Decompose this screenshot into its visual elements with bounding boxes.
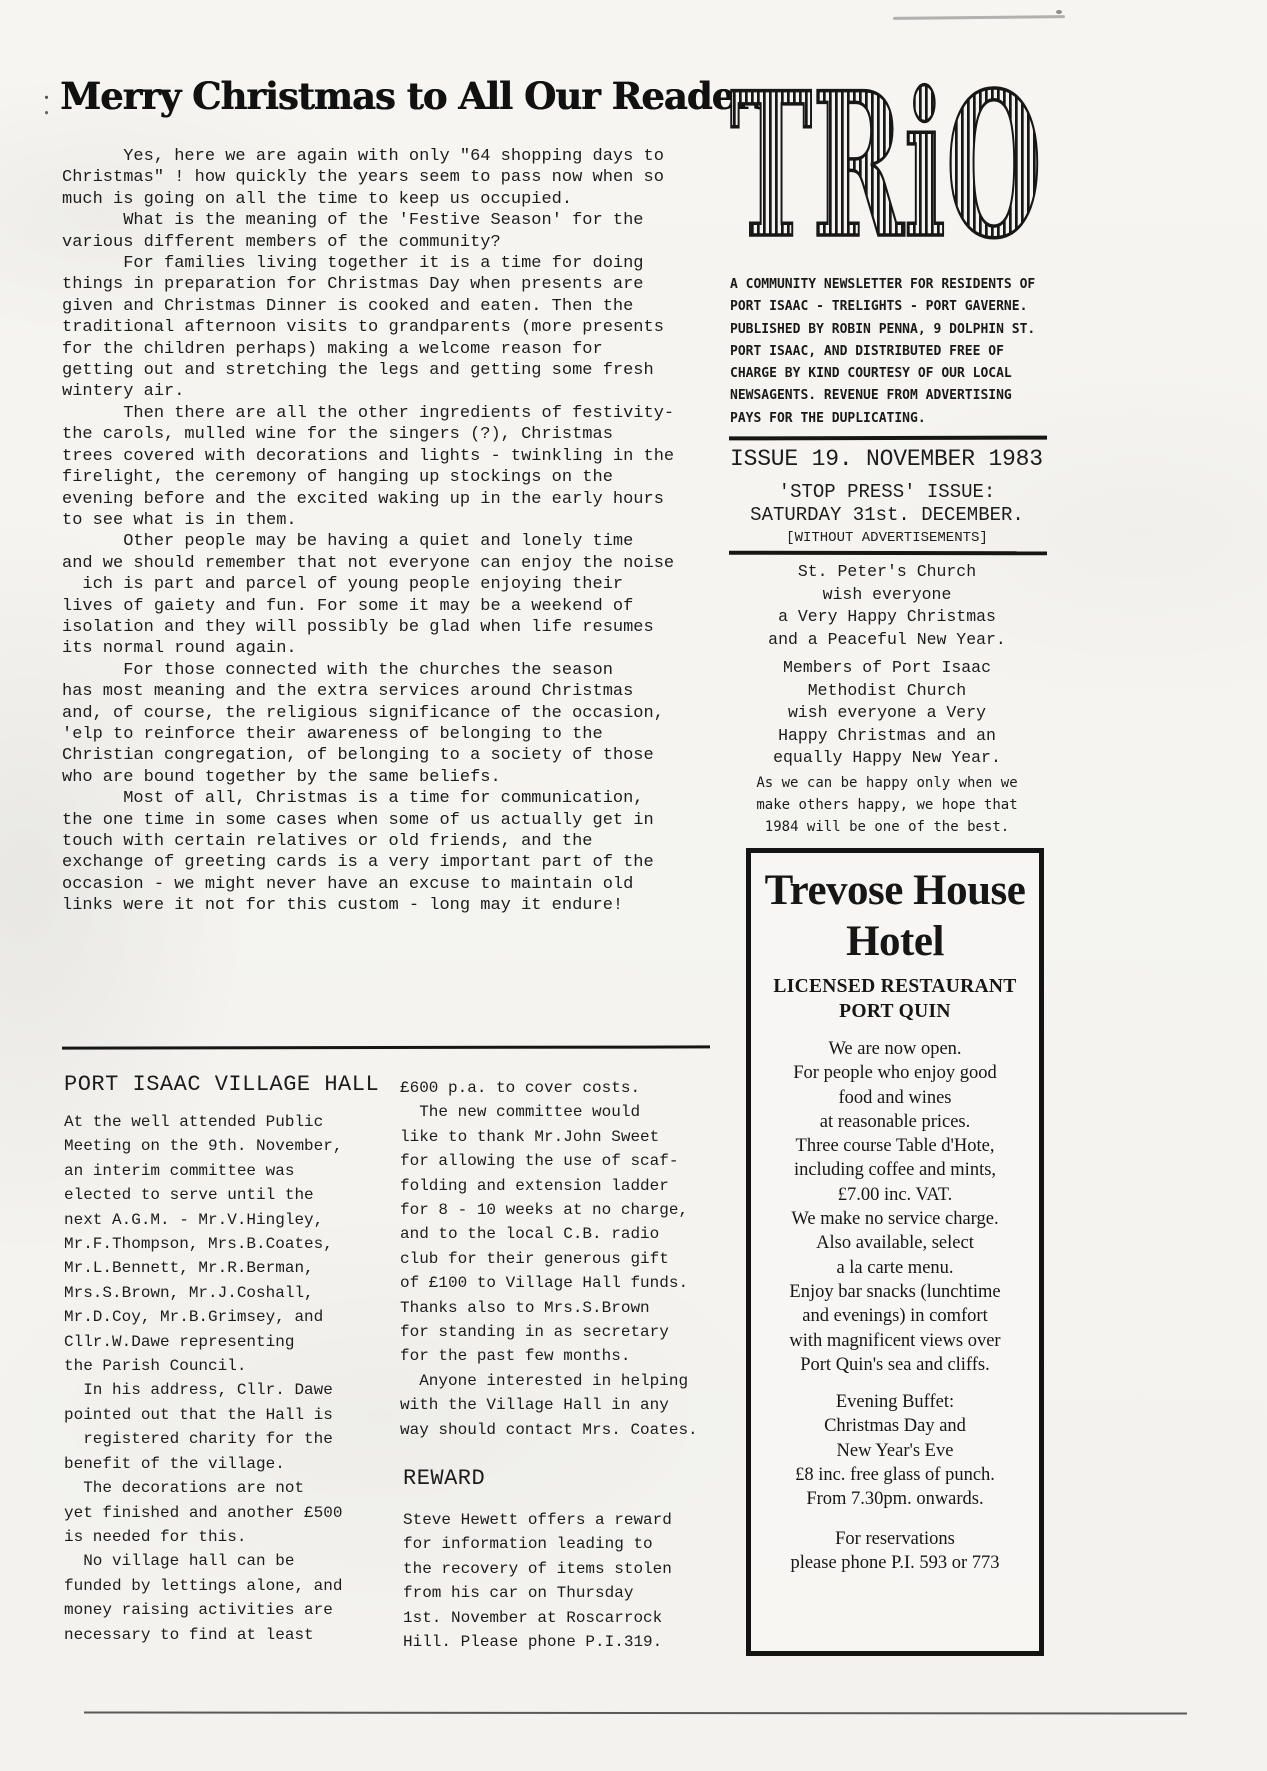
article-paragraph: Most of all, Christmas is a time for com… — [62, 788, 717, 916]
hotel-ad-title-line2: Hotel — [751, 916, 1039, 967]
scan-artifact-dot — [1056, 10, 1062, 14]
page-title: Merry Christmas to All Our Readers — [60, 74, 720, 118]
masthead-tagline: A COMMUNITY NEWSLETTER FOR RESIDENTS OF … — [730, 274, 1048, 430]
article-paragraph: For families living together it is a tim… — [62, 253, 717, 403]
article-paragraph: Other people may be having a quiet and l… — [62, 531, 717, 659]
hotel-ad-buffet: Evening Buffet: Christmas Day and New Ye… — [751, 1390, 1039, 1511]
hotel-ad-body: We are now open. For people who enjoy go… — [751, 1037, 1039, 1377]
svg-text:TRiO: TRiO — [730, 58, 1042, 265]
lead-article: Yes, here we are again with only "64 sho… — [62, 146, 717, 917]
village-hall-column-1: At the well attended Public Meeting on t… — [64, 1110, 399, 1647]
article-paragraph: Yes, here we are again with only "64 sho… — [62, 146, 717, 210]
hotel-ad-subtitle: LICENSED RESTAURANT PORT QUIN — [751, 974, 1039, 1024]
hotel-ad-reservations: For reservations please phone P.I. 593 o… — [751, 1527, 1039, 1576]
village-hall-column-2: £600 p.a. to cover costs. The new commit… — [400, 1076, 740, 1442]
stop-press-date: SATURDAY 31st. DECEMBER. — [728, 504, 1046, 526]
divider — [62, 1045, 710, 1049]
stop-press-label: 'STOP PRESS' ISSUE: — [728, 481, 1046, 503]
issue-date: ISSUE 19. NOVEMBER 1983 — [730, 446, 1048, 472]
trio-logo-svg: TRiO — [727, 58, 1049, 265]
st-peters-greeting: St. Peter's Church wish everyone a Very … — [726, 561, 1048, 651]
hotel-ad-title-line1: Trevose House — [751, 865, 1039, 916]
reward-heading: REWARD — [403, 1466, 485, 1491]
article-paragraph: Then there are all the other ingredients… — [62, 403, 717, 531]
divider — [729, 551, 1047, 556]
trevose-house-hotel-ad: Trevose House Hotel LICENSED RESTAURANT … — [746, 848, 1044, 1656]
scan-artifact-line — [893, 15, 1065, 20]
divider — [729, 436, 1047, 441]
newsletter-page: Merry Christmas to All Our Readers Yes, … — [0, 0, 1267, 1771]
article-paragraph: What is the meaning of the 'Festive Seas… — [62, 210, 717, 253]
stop-press-note: [WITHOUT ADVERTISEMENTS] — [728, 530, 1046, 546]
reward-body: Steve Hewett offers a reward for informa… — [403, 1508, 743, 1654]
page-bottom-rule — [84, 1712, 1187, 1715]
methodist-greeting-note: As we can be happy only when we make oth… — [726, 772, 1048, 838]
trio-logo: TRiO — [727, 58, 1049, 265]
ink-speck — [44, 94, 49, 116]
village-hall-heading: PORT ISAAC VILLAGE HALL — [64, 1072, 379, 1097]
article-paragraph: For those connected with the churches th… — [62, 660, 717, 788]
methodist-greeting: Members of Port Isaac Methodist Church w… — [726, 657, 1048, 770]
